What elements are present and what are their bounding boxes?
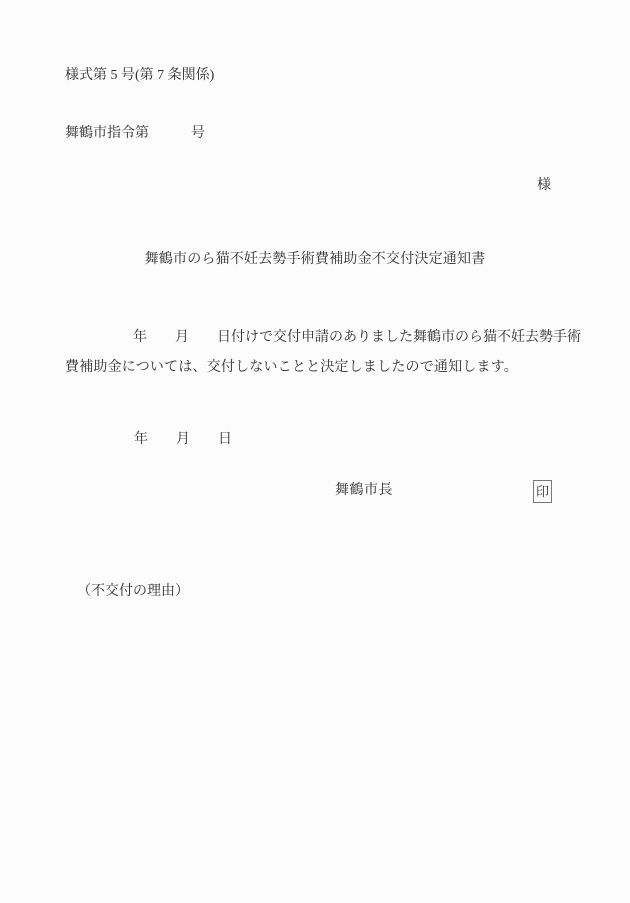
issuer-label: 舞鶴市長 <box>335 484 393 498</box>
form-number: 様式第 5 号(第 7 条関係) <box>65 69 214 83</box>
directive-number-line: 舞鶴市指令第 号 <box>65 127 205 141</box>
seal-label: 印 <box>536 485 549 498</box>
reason-heading: （不交付の理由） <box>77 585 189 599</box>
body-line: 費補助金については、交付しないことと決定しましたので通知します。 <box>65 361 518 375</box>
decision-date-line: 年 月 日 <box>134 433 232 447</box>
seal-box: 印 <box>533 480 552 503</box>
document-title: 舞鶴市のら猫不妊去勢手術費補助金不交付決定通知書 <box>0 253 630 267</box>
document-page: 様式第 5 号(第 7 条関係) 舞鶴市指令第 号 様 舞鶴市のら猫不妊去勢手術… <box>0 0 630 903</box>
body-line: 年 月 日付けで交付申請のありました舞鶴市のら猫不妊去勢手術 <box>133 331 581 345</box>
addressee-honorific: 様 <box>537 179 551 193</box>
